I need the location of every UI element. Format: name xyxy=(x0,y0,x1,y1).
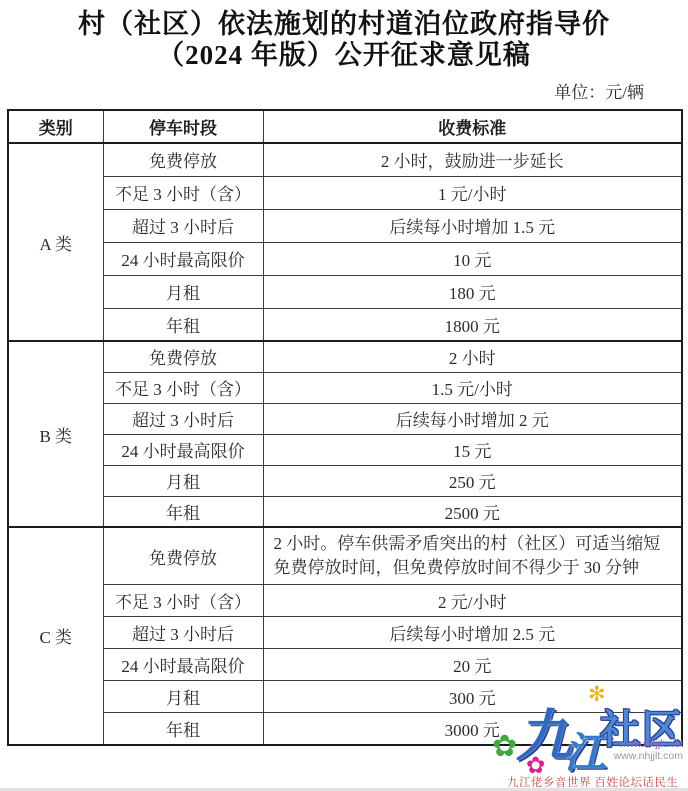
watermark-url-com: www.nhjjlt.com xyxy=(614,750,683,762)
standard-cell: 后续每小时增加 2.5 元 xyxy=(263,617,682,649)
period-cell: 月租 xyxy=(103,465,263,496)
period-cell: 24 小时最高限价 xyxy=(103,434,263,465)
table-row: 不足 3 小时（含） 1 元/小时 xyxy=(8,176,682,209)
period-cell: 免费停放 xyxy=(103,341,263,372)
fee-table: 类别 停车时段 收费标准 A 类 免费停放 2 小时，鼓励进一步延长 不足 3 … xyxy=(7,109,683,746)
period-cell: 24 小时最高限价 xyxy=(103,242,263,275)
standard-cell: 3000 元 xyxy=(263,713,682,745)
standard-cell: 1.5 元/小时 xyxy=(263,372,682,403)
table-row: 月租 300 元 xyxy=(8,681,682,713)
standard-cell: 10 元 xyxy=(263,242,682,275)
standard-cell: 180 元 xyxy=(263,275,682,308)
standard-cell: 后续每小时增加 1.5 元 xyxy=(263,209,682,242)
period-cell: 超过 3 小时后 xyxy=(103,403,263,434)
period-cell: 不足 3 小时（含） xyxy=(103,372,263,403)
header-period: 停车时段 xyxy=(103,110,263,143)
period-cell: 月租 xyxy=(103,681,263,713)
table-row: 超过 3 小时后 后续每小时增加 2.5 元 xyxy=(8,617,682,649)
page-title-line2: （2024 年版）公开征求意见稿 xyxy=(10,40,678,71)
period-cell: 超过 3 小时后 xyxy=(103,617,263,649)
category-c-cell: C 类 xyxy=(8,527,103,745)
standard-cell: 1 元/小时 xyxy=(263,176,682,209)
category-b-cell: B 类 xyxy=(8,341,103,527)
period-cell: 年租 xyxy=(103,713,263,745)
period-cell: 超过 3 小时后 xyxy=(103,209,263,242)
table-row: 24 小时最高限价 20 元 xyxy=(8,649,682,681)
period-cell: 不足 3 小时（含） xyxy=(103,176,263,209)
period-cell: 年租 xyxy=(103,308,263,341)
standard-cell: 2 元/小时 xyxy=(263,585,682,617)
header-standard: 收费标准 xyxy=(263,110,682,143)
page-title: 村（社区）依法施划的村道泊位政府指导价 （2024 年版）公开征求意见稿 xyxy=(10,9,678,71)
standard-cell: 后续每小时增加 2 元 xyxy=(263,403,682,434)
table-row: 24 小时最高限价 10 元 xyxy=(8,242,682,275)
unit-label: 单位：元/辆 xyxy=(0,78,688,103)
header-category: 类别 xyxy=(8,110,103,143)
standard-cell: 300 元 xyxy=(263,681,682,713)
table-row: 超过 3 小时后 后续每小时增加 2 元 xyxy=(8,403,682,434)
standard-cell: 2500 元 xyxy=(263,496,682,527)
page-title-line1: 村（社区）依法施划的村道泊位政府指导价 xyxy=(10,9,678,40)
table-row: 24 小时最高限价 15 元 xyxy=(8,434,682,465)
table-row: 月租 180 元 xyxy=(8,275,682,308)
standard-cell: 2 小时。停车供需矛盾突出的村（社区）可适当缩短免费停放时间，但免费停放时间不得… xyxy=(263,527,682,585)
category-a-cell: A 类 xyxy=(8,143,103,341)
standard-cell: 1800 元 xyxy=(263,308,682,341)
table-row: 年租 2500 元 xyxy=(8,496,682,527)
table-row: B 类 免费停放 2 小时 xyxy=(8,341,682,372)
period-cell: 24 小时最高限价 xyxy=(103,649,263,681)
table-row: 年租 3000 元 xyxy=(8,713,682,745)
standard-cell: 20 元 xyxy=(263,649,682,681)
table-header-row: 类别 停车时段 收费标准 xyxy=(8,110,682,143)
table-row: 不足 3 小时（含） 2 元/小时 xyxy=(8,585,682,617)
period-cell: 免费停放 xyxy=(103,527,263,585)
table-row: 年租 1800 元 xyxy=(8,308,682,341)
period-cell: 年租 xyxy=(103,496,263,527)
table-row: 超过 3 小时后 后续每小时增加 1.5 元 xyxy=(8,209,682,242)
pink-flower-icon: ✿ xyxy=(526,754,545,777)
period-cell: 月租 xyxy=(103,275,263,308)
standard-cell: 250 元 xyxy=(263,465,682,496)
period-cell: 不足 3 小时（含） xyxy=(103,585,263,617)
standard-cell: 2 小时，鼓励进一步延长 xyxy=(263,143,682,176)
standard-cell: 2 小时 xyxy=(263,341,682,372)
period-cell: 免费停放 xyxy=(103,143,263,176)
table-row: C 类 免费停放 2 小时。停车供需矛盾突出的村（社区）可适当缩短免费停放时间，… xyxy=(8,527,682,585)
standard-cell: 15 元 xyxy=(263,434,682,465)
table-row: 月租 250 元 xyxy=(8,465,682,496)
table-row: A 类 免费停放 2 小时，鼓励进一步延长 xyxy=(8,143,682,176)
table-row: 不足 3 小时（含） 1.5 元/小时 xyxy=(8,372,682,403)
